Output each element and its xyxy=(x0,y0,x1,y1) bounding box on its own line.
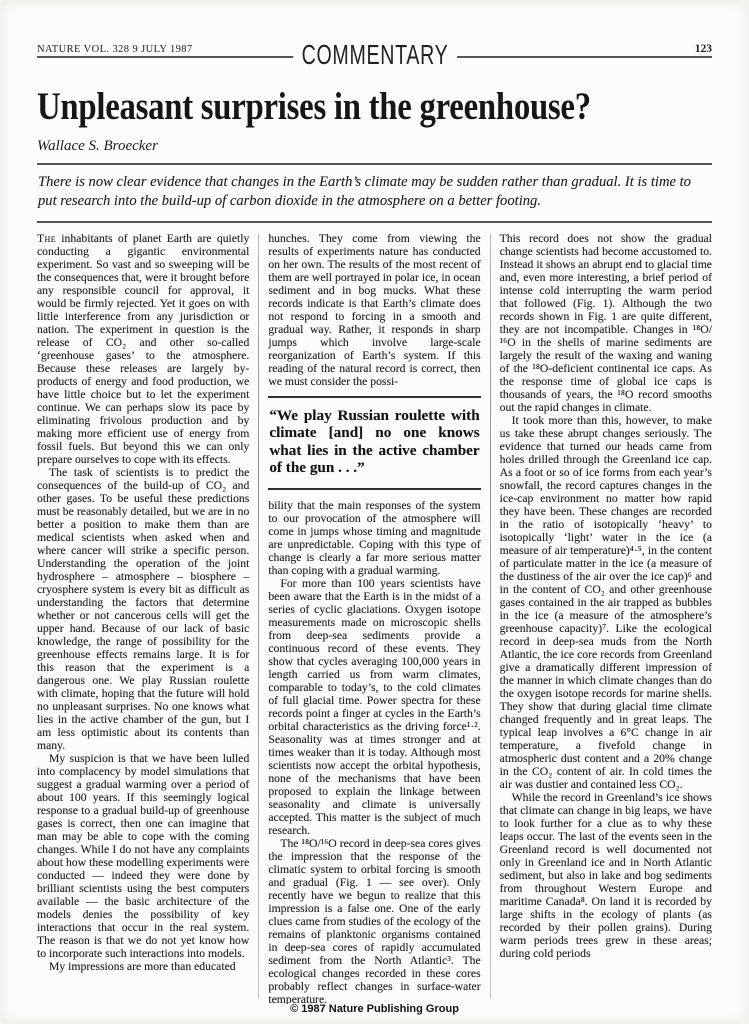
paragraph: While the record in Greenland’s ice show… xyxy=(500,791,712,960)
page-number: 123 xyxy=(689,43,712,55)
column-divider xyxy=(258,234,259,998)
journal-issue-label: NATURE VOL. 328 9 JULY 1987 xyxy=(37,44,199,55)
column-2: hunches. They come from viewing the resu… xyxy=(268,232,480,1004)
journal-page: NATURE VOL. 328 9 JULY 1987 COMMENTARY 1… xyxy=(0,0,749,1024)
article-body: The inhabitants of planet Earth are quie… xyxy=(37,232,712,1004)
article-author: Wallace S. Broecker xyxy=(37,138,712,154)
article-title: Unpleasant surprises in the greenhouse? xyxy=(37,86,604,128)
paragraph: The task of scientists is to predict the… xyxy=(37,466,249,752)
lead-word: The xyxy=(37,232,56,245)
paragraph: My impressions are more than educated xyxy=(37,960,249,973)
article-standfirst: There is now clear evidence that changes… xyxy=(37,163,712,223)
column-1: The inhabitants of planet Earth are quie… xyxy=(37,232,249,1004)
paragraph: bility that the main responses of the sy… xyxy=(268,499,480,577)
paragraph: The ¹⁸O/¹⁶O record in deep-sea cores giv… xyxy=(268,837,480,1004)
paragraph: The inhabitants of planet Earth are quie… xyxy=(37,232,249,466)
section-title: COMMENTARY xyxy=(293,40,457,70)
paragraph: My suspicion is that we have been lulled… xyxy=(37,752,249,960)
copyright-notice: © 1987 Nature Publishing Group xyxy=(0,1003,749,1015)
paragraph: For more than 100 years scientists have … xyxy=(268,577,480,837)
page-header: NATURE VOL. 328 9 JULY 1987 COMMENTARY 1… xyxy=(37,0,712,70)
column-3: This record does not show the gradual ch… xyxy=(500,232,712,1004)
pull-quote: “We play Russian roulette with climate [… xyxy=(268,396,480,490)
paragraph: This record does not show the gradual ch… xyxy=(500,232,712,414)
column-divider xyxy=(490,234,491,998)
paragraph: It took more than this, however, to make… xyxy=(500,414,712,791)
paragraph: hunches. They come from viewing the resu… xyxy=(268,232,480,388)
